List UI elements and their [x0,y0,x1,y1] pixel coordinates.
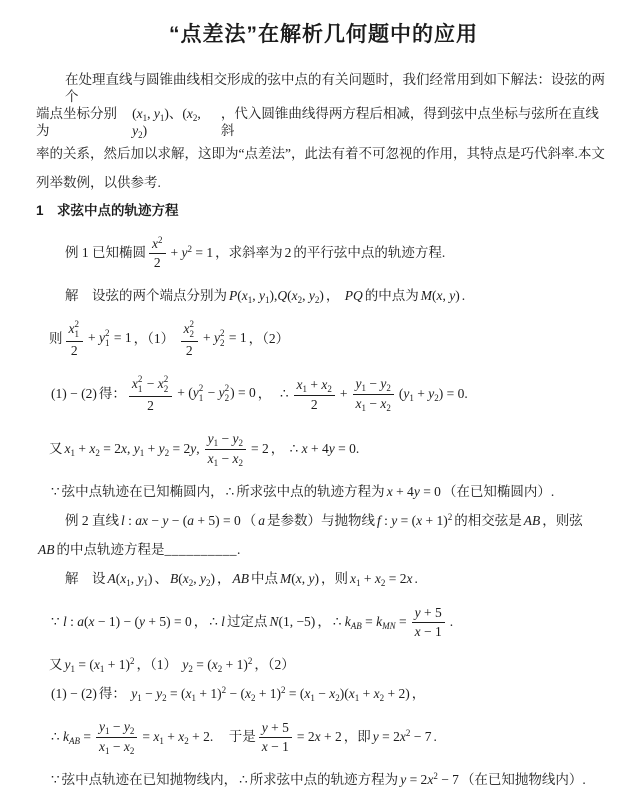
math-run: ∴ [226,484,235,501]
math-run: ∴ [239,772,248,789]
text-run: 率的关系，然后加以求解，这即为“点差法”，此法有着不可忽视的作用，其特点是巧代斜… [36,146,605,163]
math-run: (1) − (2) [51,686,97,703]
math-run: P(x1, y1),Q(x2, y2) [229,288,324,305]
text-run: （在已知椭圆内）. [443,484,554,501]
math-run: f : y = (x + 1)2 [377,513,452,530]
text-run: ，则 [321,571,348,588]
math-run: a [258,513,265,530]
text-run: 又 [49,441,63,458]
text-run: 的中点为 [365,288,419,305]
text-run: 得： [99,386,126,403]
text-run: 的平行弦中点的轨迹方程. [293,245,445,262]
math-run: y2 = (x2 + 1)2 [182,657,252,674]
example-2-setup: 解 设A(x1, y1)、B(x2, y2)，AB中点M(x, y)，则x1 +… [36,565,611,594]
document-title: “点差法”在解析几何题中的应用 [36,18,611,48]
text-run: ， [258,386,278,403]
intro-line-1: 在处理直线与圆锥曲线相交形成的弦中点的有关问题时，我们经常用到如下解法：设弦的两… [36,72,611,106]
text-run: 的相交弦是 [454,513,522,530]
math-run: y = 2x2 − 7 [373,729,432,746]
example-2-statement-line-1: 例 2 直线l : ax − y − (a + 5) = 0（a是参数）与抛物线… [36,507,611,536]
math-run: y1 = (x1 + 1)2 [65,657,135,674]
math-run: ∴ x + 4y = 0. [290,441,360,458]
math-run: ∴ [280,386,289,403]
example-1-statement: 例 1 已知椭圆x22+ y2 = 1，求斜率为2的平行弦中点的轨迹方程. [36,227,611,280]
text-run: 弦中点轨迹在已知椭圆内， [62,484,224,501]
math-run: N(1, −5) [269,614,315,631]
math-run: . [450,614,453,631]
text-run: 所求弦中点的轨迹方程为 [250,772,399,789]
math-run: y = 2x2 − 7 [400,772,459,789]
text-run: 是参数）与抛物线 [267,513,375,530]
example-1-midpoint-substitution: 又x1 + x2 = 2x, y1 + y2 = 2y,y1 − y2x1 − … [36,423,611,476]
text-run: 则 [49,331,63,348]
fraction: y + 5x − 1 [259,719,292,755]
fraction: x212 [66,319,84,359]
math-run: ∵ [51,772,60,789]
text-run: ， [194,614,208,631]
text-run: （在已知抛物线内）. [461,772,586,789]
text-run: . [415,571,418,588]
text-run: 弦中点轨迹在已知抛物线内， [62,772,238,789]
math-run: + (y21 − y22) = 0 [177,384,255,404]
text-run: 解 设弦的两个端点分别为 [65,288,227,305]
text-run: 例 1 已知椭圆 [65,245,146,262]
math-run: ∵ l : a(x − 1) − (y + 5) = 0 [51,614,192,631]
text-run: 于是 [215,729,256,746]
example-1-equations: 则x212+ y21 = 1，（1） x222+ y22 = 1，（2） [36,313,611,366]
text-run: ，（2） [249,331,290,348]
answer-blank: __________ [165,542,238,559]
fraction: y + 5x − 1 [412,604,445,640]
text-run: . [462,288,465,305]
example-2-slope: ∴ kAB =y1 − y2x1 − x2= x1 + x2 + 2. 于是y … [36,711,611,764]
text-run: ， [217,571,231,588]
text-run: 解 设 [65,571,106,588]
math-run: l : ax − y − (a + 5) = 0 [121,513,241,530]
math-run: x + 4y = 0 [387,484,441,501]
math-run: (y1 + y2) = 0. [399,386,468,403]
math-run: + y21 = 1 [88,329,132,349]
text-run: ，求斜率为 [215,245,283,262]
text-run: 、 [155,571,169,588]
fraction: x1 + x22 [294,376,335,413]
text-run: ，代入圆锥曲线得两方程后相减，得到弦中点坐标与弦所在直线斜 [221,106,611,140]
text-run: 的中点轨迹方程是 [57,542,165,559]
math-run: 2 [285,245,292,262]
text-run: 又 [49,657,63,674]
text-run: 例 2 直线 [65,513,119,530]
document-body: 在处理直线与圆锥曲线相交形成的弦中点的有关问题时，我们经常用到如下解法：设弦的两… [36,72,611,795]
math-run: + [340,386,348,403]
fraction: y1 − y2x1 − x2 [96,718,137,756]
text-run: 所求弦中点的轨迹方程为 [236,484,385,501]
text-run: ，则弦 [542,513,583,530]
math-run: = x1 + x2 + 2. [142,729,213,746]
fraction: x22 [149,235,166,271]
example-1-setup: 解 设弦的两个端点分别为P(x1, y1),Q(x2, y2)， PQ的中点为M… [36,282,611,311]
text-run: ，即 [344,729,371,746]
math-run: B(x2, y2) [170,571,215,588]
fraction: x222 [181,319,199,359]
math-run: (1) − (2) [51,386,97,403]
example-2-fixed-point: ∵ l : a(x − 1) − (y + 5) = 0，∴ l过定点N(1, … [36,596,611,649]
intro-line-2: 端点坐标分别为(x1, y1)、(x2, y2)，代入圆锥曲线得两方程后相减，得… [36,106,611,140]
math-run: (x1, y1)、(x2, y2) [132,106,219,140]
math-run: ∴ l [209,614,225,631]
text-run: 在处理直线与圆锥曲线相交形成的弦中点的有关问题时，我们经常用到如下解法：设弦的两… [65,72,611,106]
math-run: = 2x + 2 [297,729,342,746]
intro-line-4: 列举数例，以供参考. [36,169,611,198]
text-run: 1 求弦中点的轨迹方程 [36,203,179,220]
math-run: x1 + x2 = 2x [350,571,413,588]
section-heading: 1 求弦中点的轨迹方程 [36,198,611,225]
text-run: . [237,542,240,559]
text-run: ， [412,686,426,703]
math-run: = 2 [251,441,269,458]
document-page: “点差法”在解析几何题中的应用 在处理直线与圆锥曲线相交形成的弦中点的有关问题时… [0,0,641,800]
math-run: M(x, y) [280,571,319,588]
text-run: ，（1） [136,657,180,674]
example-1-subtraction: (1) − (2)得：x21 − x222+ (y21 − y22) = 0， … [36,368,611,421]
math-run: A(x1, y1) [108,571,153,588]
intro-line-3: 率的关系，然后加以求解，这即为“点差法”，此法有着不可忽视的作用，其特点是巧代斜… [36,140,611,169]
math-run: y1 − y2 = (x1 + 1)2 − (x2 + 1)2 = (x1 − … [131,686,410,703]
fraction: y1 − y2x1 − x2 [353,375,394,413]
example-2-statement-line-2: AB的中点轨迹方程是__________. [36,536,611,565]
math-run: AB [38,542,55,559]
text-run: ， [326,288,343,305]
text-run: . [433,729,436,746]
text-run: 过定点 [227,614,268,631]
math-run: M(x, y) [421,288,460,305]
text-run: 端点坐标分别为 [36,106,130,140]
math-run: AB [524,513,541,530]
math-run: AB [233,571,250,588]
math-run: PQ [345,288,363,305]
math-run: ∵ [51,484,60,501]
example-2-equations: 又y1 = (x1 + 1)2，（1） y2 = (x2 + 1)2，（2） [36,651,611,680]
text-run: 列举数例，以供参考. [36,175,161,192]
text-run: （ [243,513,257,530]
text-run: 得： [99,686,129,703]
math-run: x1 + x2 = 2x, y1 + y2 = 2y, [65,441,200,458]
text-run: ， [317,614,331,631]
text-run: ， [271,441,288,458]
math-run: ∴ kAB = kMN = [333,614,407,631]
fraction: y1 − y2x1 − x2 [205,430,246,468]
example-2-conclusion: ∵弦中点轨迹在已知抛物线内，∴所求弦中点的轨迹方程为y = 2x2 − 7（在已… [36,766,611,795]
math-run: ∴ kAB = [51,729,91,746]
example-2-subtraction: (1) − (2)得： y1 − y2 = (x1 + 1)2 − (x2 + … [36,680,611,709]
text-run: ，（1） [134,331,178,348]
text-run: 中点 [251,571,278,588]
text-run: ，（2） [254,657,295,674]
example-1-conclusion: ∵弦中点轨迹在已知椭圆内，∴所求弦中点的轨迹方程为x + 4y = 0（在已知椭… [36,478,611,507]
math-run: + y2 = 1 [171,245,214,262]
fraction: x21 − x222 [129,374,172,414]
math-run: + y22 = 1 [203,329,247,349]
